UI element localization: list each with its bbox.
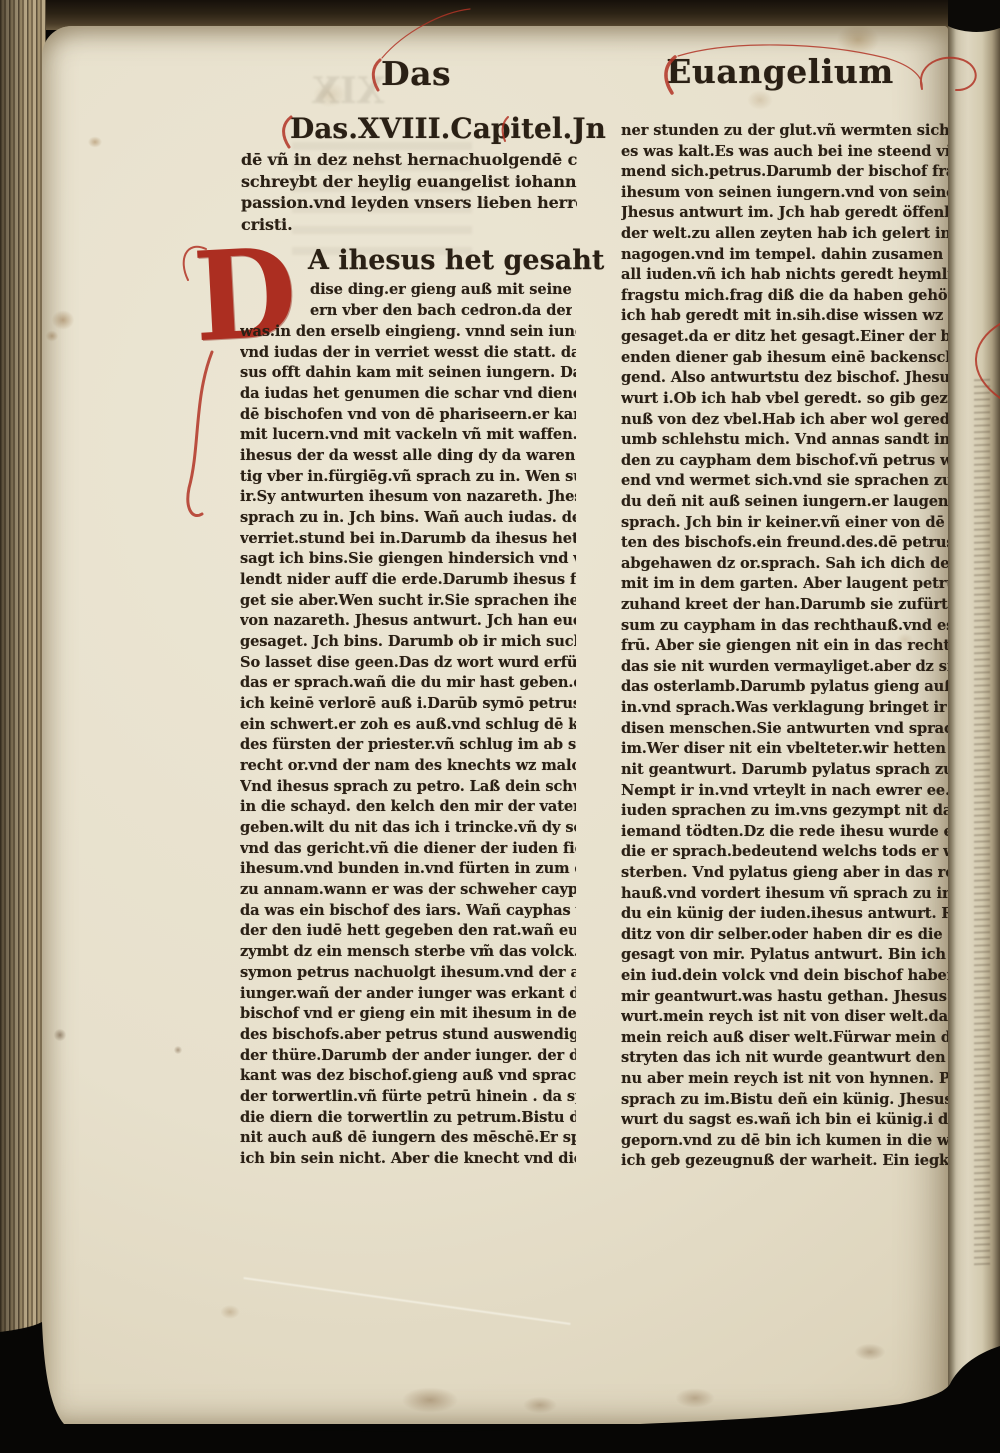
paper-crease xyxy=(243,1277,570,1325)
text-line: ich bin sein nicht. Aber die knecht vnd … xyxy=(240,1149,576,1170)
text-line: iunger.wañ der ander iunger was erkant d… xyxy=(240,984,576,1005)
text-line: gesagt von mir. Pylatus antwurt. Bin ich… xyxy=(621,945,948,966)
text-line: Vnd ihesus sprach zu petro. Laß dein sch… xyxy=(240,777,576,798)
text-line: ich geb gezeugnuß der warheit. Ein iegkl… xyxy=(621,1151,948,1172)
text-line: disen menschen.Sie antwurten vnd sprachē… xyxy=(621,719,948,740)
text-line: den zu caypham dem bischof.vñ petrus wz … xyxy=(621,451,948,472)
text-line: wurt.mein reych ist nit von diser welt.d… xyxy=(621,1007,948,1028)
text-line: sterben. Vnd pylatus gieng aber in das r… xyxy=(621,863,948,884)
text-line: iuden sprachen zu im.vns gezympt nit das… xyxy=(621,801,948,822)
text-line: lendt nider auff die erde.Darumb ihesus … xyxy=(240,570,576,591)
text-line: fragstu mich.frag diß die da haben gehör… xyxy=(621,286,948,307)
text-line: schreybt der heylig euangelist iohannes … xyxy=(241,171,577,193)
text-line: gend. Also antwurtstu dez bischof. Jhesu… xyxy=(621,368,948,389)
text-line: gesaget. Jch bins. Darumb ob ir mich suc… xyxy=(240,632,576,653)
text-line: das er sprach.wañ die du mir hast geben.… xyxy=(240,673,576,694)
text-line: abgehawen dz or.sprach. Sah ich dich deñ… xyxy=(621,554,948,575)
text-line: mit lucern.vnd mit vackeln vñ mit waffen… xyxy=(240,425,576,446)
text-line: get sie aber.Wen sucht ir.Sie sprachen i… xyxy=(240,591,576,612)
chapter-heading: Das.XVIII.Capitel.Jn xyxy=(290,112,568,145)
text-line: verriet.stund bei in.Darumb da ihesus he… xyxy=(240,529,576,550)
text-line: zuhand kreet der han.Darumb sie zufürten… xyxy=(621,595,948,616)
text-line: der welt.zu allen zeyten hab ich gelert … xyxy=(621,224,948,245)
text-line: es was kalt.Es was auch bei ine steend v… xyxy=(621,142,948,163)
text-line: die diern die torwertlin zu petrum.Bistu… xyxy=(240,1108,576,1129)
running-head-right: Euangelium xyxy=(665,52,895,91)
text-line: mend sich.petrus.Darumb der bischof frag… xyxy=(621,162,948,183)
text-line: enden diener gab ihesum einē backenschla… xyxy=(621,348,948,369)
facing-page-text-edge xyxy=(974,375,990,1266)
text-line: wurt i.Ob ich hab vbel geredt. so gib ge… xyxy=(621,389,948,410)
text-line: umb schlehstu mich. Vnd annas sandt in g… xyxy=(621,430,948,451)
text-line: der den iudē hett gegeben den rat.wañ eu… xyxy=(240,921,576,942)
drop-cap-indented-lines: dise ding.er gieng auß mit seinen iügern… xyxy=(310,280,572,322)
text-line: sprach zu im.Bistu deñ ein künig. Jhesus… xyxy=(621,1090,948,1111)
text-line: ein iud.dein volck vnd dein bischof habe… xyxy=(621,966,948,987)
text-line: da was ein bischof des iars. Wañ cayphas… xyxy=(240,901,576,922)
text-line: der torwertlin.vñ fürte petrū hinein . d… xyxy=(240,1087,576,1108)
text-line: ihesum.vnd bunden in.vnd fürten in zum e… xyxy=(240,859,576,880)
text-line: zu annam.wann er was der schweher cayphe… xyxy=(240,880,576,901)
text-line: nuß von dez vbel.Hab ich aber wol geredt… xyxy=(621,410,948,431)
text-line: des bischofs.aber petrus stund auswendig… xyxy=(240,1025,576,1046)
text-line: nagogen.vnd im tempel. dahin zusamen kam… xyxy=(621,245,948,266)
book-page: XIX Das Euangelium Das.XVIII.Capitel.Jn … xyxy=(42,26,948,1424)
text-line: in.vnd sprach.Was verklagung bringet ir … xyxy=(621,698,948,719)
text-line: das osterlamb.Darumb pylatus gieng auß z… xyxy=(621,677,948,698)
text-line: geporn.vnd zu dē bin ich kumen in die we… xyxy=(621,1131,948,1152)
text-line: du ein künig der iuden.ihesus antwurt. R… xyxy=(621,904,948,925)
running-head-left: Das xyxy=(356,54,476,93)
text-line: was.in den erselb eingieng. vnnd sein iu… xyxy=(240,322,576,343)
text-line: in die schayd. den kelch den mir der vat… xyxy=(240,797,576,818)
text-line: die er sprach.bedeutend welchs tods er w… xyxy=(621,842,948,863)
text-line: vnd iudas der in verriet wesst die statt… xyxy=(240,343,576,364)
text-line: sprach zu in. Jch bins. Wañ auch iudas. … xyxy=(240,508,576,529)
text-line: sagt ich bins.Sie giengen hindersich vnd… xyxy=(240,549,576,570)
text-line: du deñ nit auß seinen iungern.er laugent… xyxy=(621,492,948,513)
text-line: ich keinē verlorē auß i.Darūb symō petru… xyxy=(240,694,576,715)
text-line: Jhesus antwurt im. Jch hab geredt öffenl… xyxy=(621,203,948,224)
text-line: passion.vnd leyden vnsers lieben herren … xyxy=(241,192,577,214)
text-line: dē bischofen vnd von dē phariseern.er ka… xyxy=(240,405,576,426)
text-line: sum zu caypham in das rechthauß.vnd es w… xyxy=(621,616,948,637)
text-line: gesaget.da er ditz het gesagt.Einer der … xyxy=(621,327,948,348)
text-line: dise ding.er gieng auß mit seinen iüg xyxy=(310,280,572,301)
text-line: im.Wer diser nit ein vbelteter.wir hette… xyxy=(621,739,948,760)
text-line: wurt du sagst es.wañ ich bin ei künig.i … xyxy=(621,1110,948,1131)
text-line: des fürsten der priester.vñ schlug im ab… xyxy=(240,735,576,756)
text-line: zymbt dz ein mensch sterbe vm̃ das volck… xyxy=(240,942,576,963)
text-line: kant was dez bischof.gieng auß vnd sprac… xyxy=(240,1066,576,1087)
text-line: hauß.vnd vordert ihesum vñ sprach zu im.… xyxy=(621,884,948,905)
text-line: sprach. Jch bin ir keiner.vñ einer von d… xyxy=(621,513,948,534)
text-line: frū. Aber sie giengen nit ein in das rec… xyxy=(621,636,948,657)
text-line: So lasset dise geen.Das dz wort wurd erf… xyxy=(240,653,576,674)
text-line: ern vber den bach cedron.da der gart xyxy=(310,301,572,322)
text-line: sus offt dahin kam mit seinen iungern. D… xyxy=(240,363,576,384)
text-line: mein reich auß diser welt.Fürwar mein di… xyxy=(621,1028,948,1049)
text-line: mir geantwurt.was hastu gethan. Jhesus a… xyxy=(621,987,948,1008)
text-line: ten des bischofs.ein freund.des.dē petru… xyxy=(621,533,948,554)
text-line: ein schwert.er zoh es auß.vnd schlug dē … xyxy=(240,715,576,736)
verse-opening-line: A ihesus het gesaht xyxy=(308,245,571,276)
text-line: iemand tödten.Dz die rede ihesu wurde er… xyxy=(621,822,948,843)
text-line: end vnd wermet sich.vnd sie sprachen zu … xyxy=(621,471,948,492)
text-line: nit auch auß dē iungern des mēschē.Er sp… xyxy=(240,1128,576,1149)
text-line: ner stunden zu der glut.vñ wermten sich.… xyxy=(621,121,948,142)
text-line: dē vñ in dez nehst hernachuolgendē capit… xyxy=(241,149,577,171)
text-line: nit geantwurt. Darumb pylatus sprach zu … xyxy=(621,760,948,781)
text-line: mit im in dem garten. Aber laugent petru… xyxy=(621,574,948,595)
text-line: ihesum von seinen iungern.vnd von seiner… xyxy=(621,183,948,204)
text-line: das sie nit wurden vermayliget.aber dz s… xyxy=(621,657,948,678)
facing-page-gutter xyxy=(948,0,1000,1453)
text-line: ditz von dir selber.oder haben dir es di… xyxy=(621,925,948,946)
text-line: all iuden.vñ ich hab nichts geredt heyml… xyxy=(621,265,948,286)
book-scan: { "page_header": { "left_title": "Das", … xyxy=(0,0,1000,1453)
text-line: ihesus der da wesst alle ding dy da ware… xyxy=(240,446,576,467)
text-line: ich hab geredt mit in.sih.dise wissen wz… xyxy=(621,306,948,327)
text-line: nu aber mein reych ist nit von hynnen. P… xyxy=(621,1069,948,1090)
text-line: geben.wilt du nit das ich i trincke.vñ d… xyxy=(240,818,576,839)
right-text-column: ner stunden zu der glut.vñ wermten sich.… xyxy=(621,121,948,1172)
text-line: da iudas het genumen die schar vnd diene… xyxy=(240,384,576,405)
text-line: vnd das gericht.vñ die diener der iuden … xyxy=(240,839,576,860)
text-line: recht or.vnd der nam des knechts wz malc… xyxy=(240,756,576,777)
left-text-column: was.in den erselb eingieng. vnnd sein iu… xyxy=(240,322,576,1170)
text-line: symon petrus nachuolgt ihesum.vnd der an… xyxy=(240,963,576,984)
text-line: der thüre.Darumb der ander iunger. der d… xyxy=(240,1046,576,1067)
text-line: stryten das ich nit wurde geantwurt den … xyxy=(621,1048,948,1069)
text-line: von nazareth. Jhesus antwurt. Jch han eu… xyxy=(240,611,576,632)
book-leftpage-edges xyxy=(0,0,46,1336)
text-line: bischof vnd er gieng ein mit ihesum in d… xyxy=(240,1004,576,1025)
text-line: Nempt ir in.vnd vrteylt in nach ewrer ee… xyxy=(621,781,948,802)
text-line: tig vber in.fürgiēg.vñ sprach zu in. Wen… xyxy=(240,467,576,488)
text-line: ir.Sy antwurten ihesum von nazareth. Jhe… xyxy=(240,487,576,508)
